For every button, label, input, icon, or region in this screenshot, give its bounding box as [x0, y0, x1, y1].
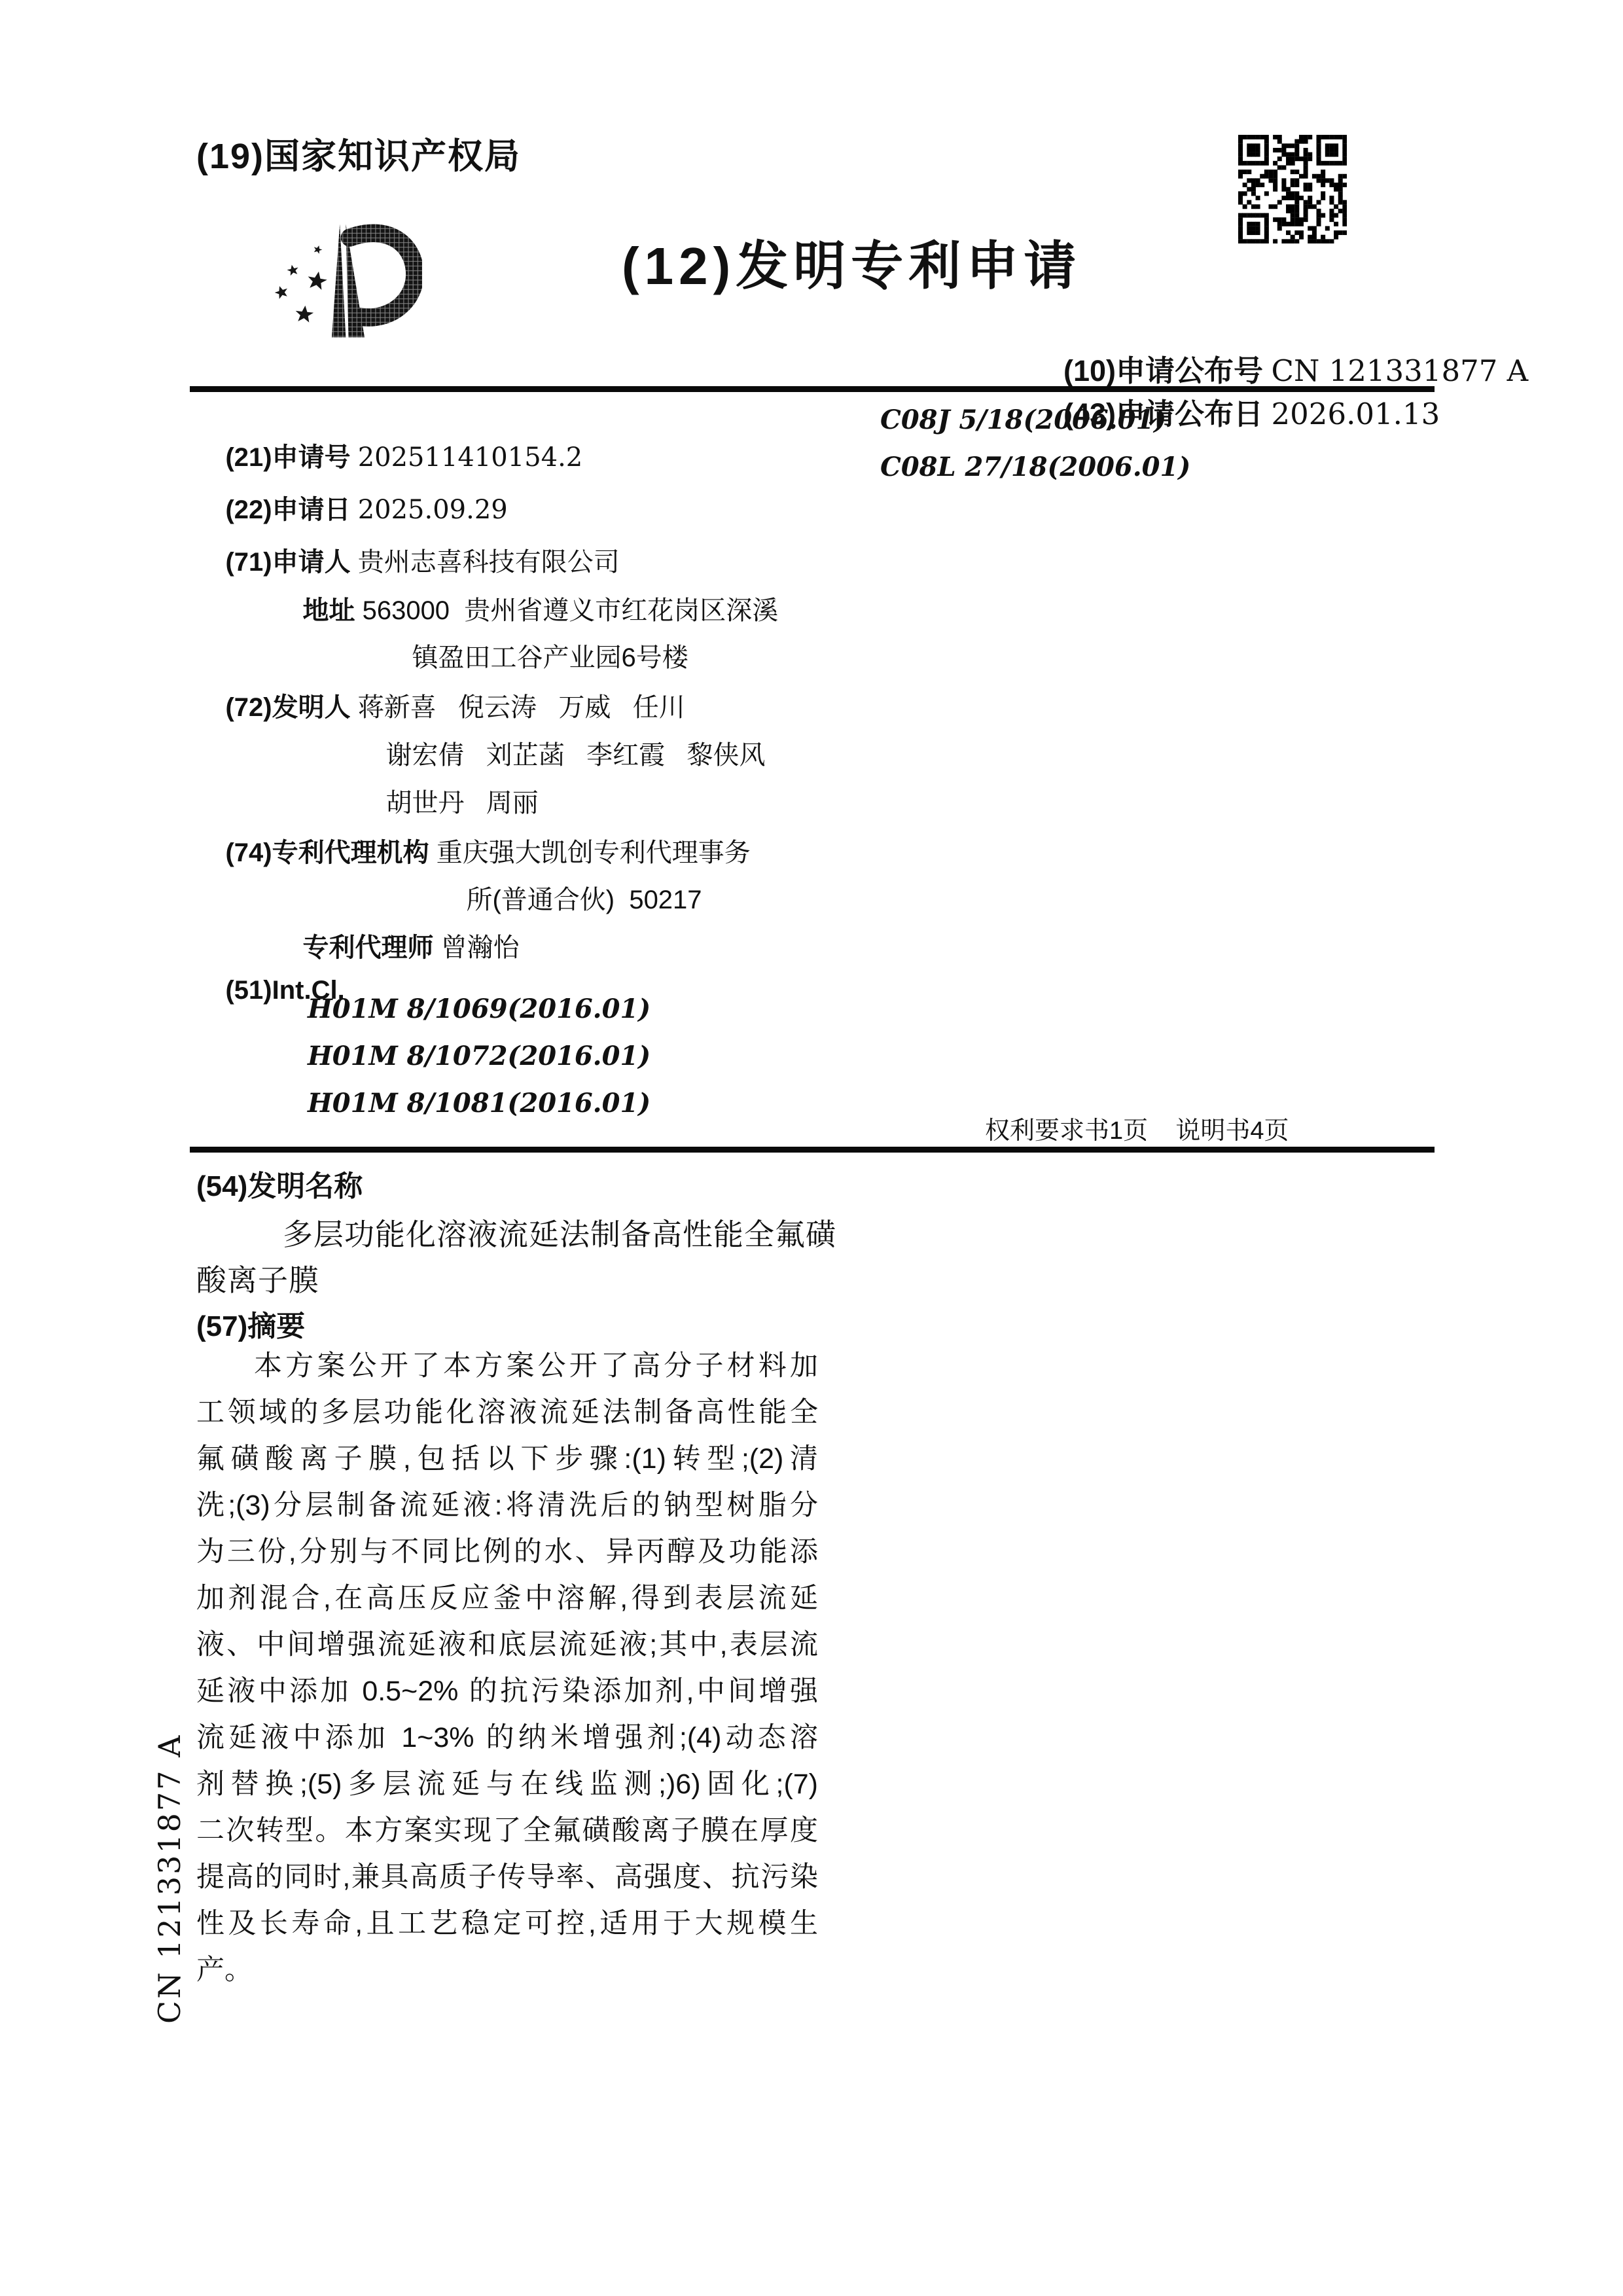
abstract-line: 二次转型。本方案实现了全氟磺酸离子膜在厚度 — [196, 1808, 818, 1854]
abstract-line: 产。 — [196, 1947, 818, 1994]
invention-title-section-label: (54)发明名称 — [196, 1162, 363, 1204]
abstract-line: 液、中间增强流延液和底层流延液;其中,表层流 — [196, 1622, 818, 1668]
abstract-line: 流延液中添加 1~3% 的纳米增强剂;(4)动态溶 — [196, 1715, 818, 1761]
header-divider-rule — [190, 386, 1435, 392]
publication-date-value: 2026.01.13 — [1272, 397, 1440, 431]
issuing-office: (19)国家知识产权局 — [196, 128, 521, 179]
abstract-section-label: (57)摘要 — [196, 1302, 305, 1344]
cnipa-logo — [275, 221, 422, 346]
classification-item: C08L 27/18(2006.01) — [880, 452, 1190, 482]
biblio-divider-rule — [190, 1147, 1435, 1153]
abstract-line: 为三份,分别与不同比例的水、异丙醇及功能添 — [196, 1529, 818, 1575]
int-cl-item: H01M 8/1069(2016.01) — [308, 994, 651, 1024]
abstract-line: 洗;(3)分层制备流延液:将清洗后的钠型树脂分 — [196, 1482, 818, 1529]
vertical-publication-number: CN 121331877 A — [152, 1734, 187, 2024]
agency-label: (74)专利代理机构 — [225, 838, 436, 867]
pages-info: 权利要求书1页 说明书4页 — [985, 1110, 1289, 1146]
address-label: 地址 — [302, 596, 362, 625]
abstract-line: 本方案公开了本方案公开了高分子材料加 — [196, 1343, 818, 1390]
qr-code — [1238, 135, 1347, 243]
abstract-text: 本方案公开了本方案公开了高分子材料加 工领域的多层功能化溶液流延法制备高性能全 … — [196, 1343, 818, 1994]
invention-title-line1: 多层功能化溶液流延法制备高性能全氟磺 — [283, 1211, 836, 1254]
abstract-line: 提高的同时,兼具高质子传导率、高强度、抗污染 — [196, 1854, 818, 1901]
abstract-line: 性及长寿命,且工艺稳定可控,适用于大规模生 — [196, 1901, 818, 1947]
abstract-line: 延液中添加 0.5~2% 的抗污染添加剂,中间增强 — [196, 1668, 818, 1715]
invention-title-line2: 酸离子膜 — [196, 1257, 319, 1300]
document-type-title: (12)发明专利申请 — [622, 224, 1081, 299]
abstract-line: 工领域的多层功能化溶液流延法制备高性能全 — [196, 1390, 818, 1436]
classification-item: C08J 5/18(2006.01) — [880, 404, 1166, 435]
int-cl-item: H01M 8/1081(2016.01) — [308, 1088, 651, 1119]
int-cl-item: H01M 8/1072(2016.01) — [308, 1041, 651, 1071]
abstract-line: 氟磺酸离子膜,包括以下步骤:(1)转型;(2)清 — [196, 1436, 818, 1482]
patent-agent-name: 曾瀚怡 — [441, 933, 520, 962]
abstract-line: 加剂混合,在高压反应釜中溶解,得到表层流延 — [196, 1575, 818, 1622]
abstract-line: 剂替换;(5)多层流延与在线监测;)6)固化;(7) — [196, 1761, 818, 1808]
cnipa-logo-graphic — [275, 221, 422, 342]
inventors-label: (72)发明人 — [225, 693, 357, 722]
patent-front-page: (19)国家知识产权局 (12)发明专利申请 — [0, 0, 1623, 2296]
